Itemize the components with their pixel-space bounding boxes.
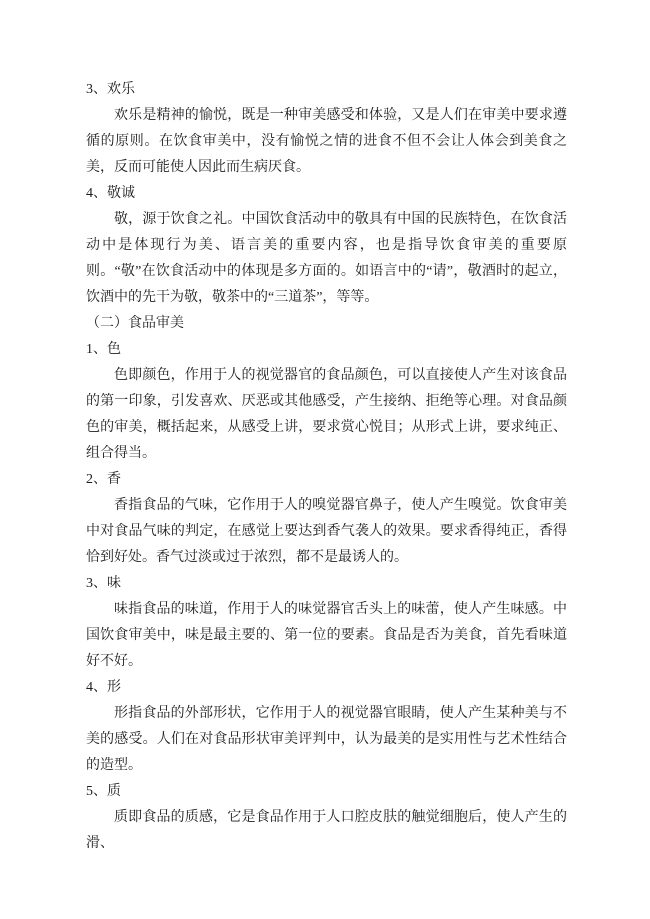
section-heading: 4、形 bbox=[86, 675, 567, 701]
section-heading: （二）食品审美 bbox=[86, 311, 567, 337]
body-paragraph: 形指食品的外部形状，它作用于人的视觉器官眼睛，使人产生某种美与不美的感受。人们在… bbox=[86, 701, 567, 779]
section-heading: 1、色 bbox=[86, 337, 567, 363]
section-heading: 3、味 bbox=[86, 571, 567, 597]
document-body: 3、欢乐欢乐是精神的愉悦，既是一种审美感受和体验，又是人们在审美中要求遵循的原则… bbox=[86, 77, 567, 857]
document-page: 3、欢乐欢乐是精神的愉悦，既是一种审美感受和体验，又是人们在审美中要求遵循的原则… bbox=[0, 0, 650, 919]
section-heading: 5、质 bbox=[86, 779, 567, 805]
body-paragraph: 味指食品的味道，作用于人的味觉器官舌头上的味蕾，使人产生味感。中国饮食审美中，味… bbox=[86, 597, 567, 675]
section-heading: 2、香 bbox=[86, 467, 567, 493]
body-paragraph: 香指食品的气味，它作用于人的嗅觉器官鼻子，使人产生嗅觉。饮食审美中对食品气味的判… bbox=[86, 493, 567, 571]
body-paragraph: 敬，源于饮食之礼。中国饮食活动中的敬具有中国的民族特色，在饮食活动中是体现行为美… bbox=[86, 207, 567, 311]
body-paragraph: 色即颜色，作用于人的视觉器官的食品颜色，可以直接使人产生对该食品的第一印象，引发… bbox=[86, 363, 567, 467]
section-heading: 4、敬诚 bbox=[86, 181, 567, 207]
body-paragraph: 欢乐是精神的愉悦，既是一种审美感受和体验，又是人们在审美中要求遵循的原则。在饮食… bbox=[86, 103, 567, 181]
body-paragraph: 质即食品的质感，它是食品作用于人口腔皮肤的触觉细胞后，使人产生的滑、 bbox=[86, 805, 567, 857]
section-heading: 3、欢乐 bbox=[86, 77, 567, 103]
